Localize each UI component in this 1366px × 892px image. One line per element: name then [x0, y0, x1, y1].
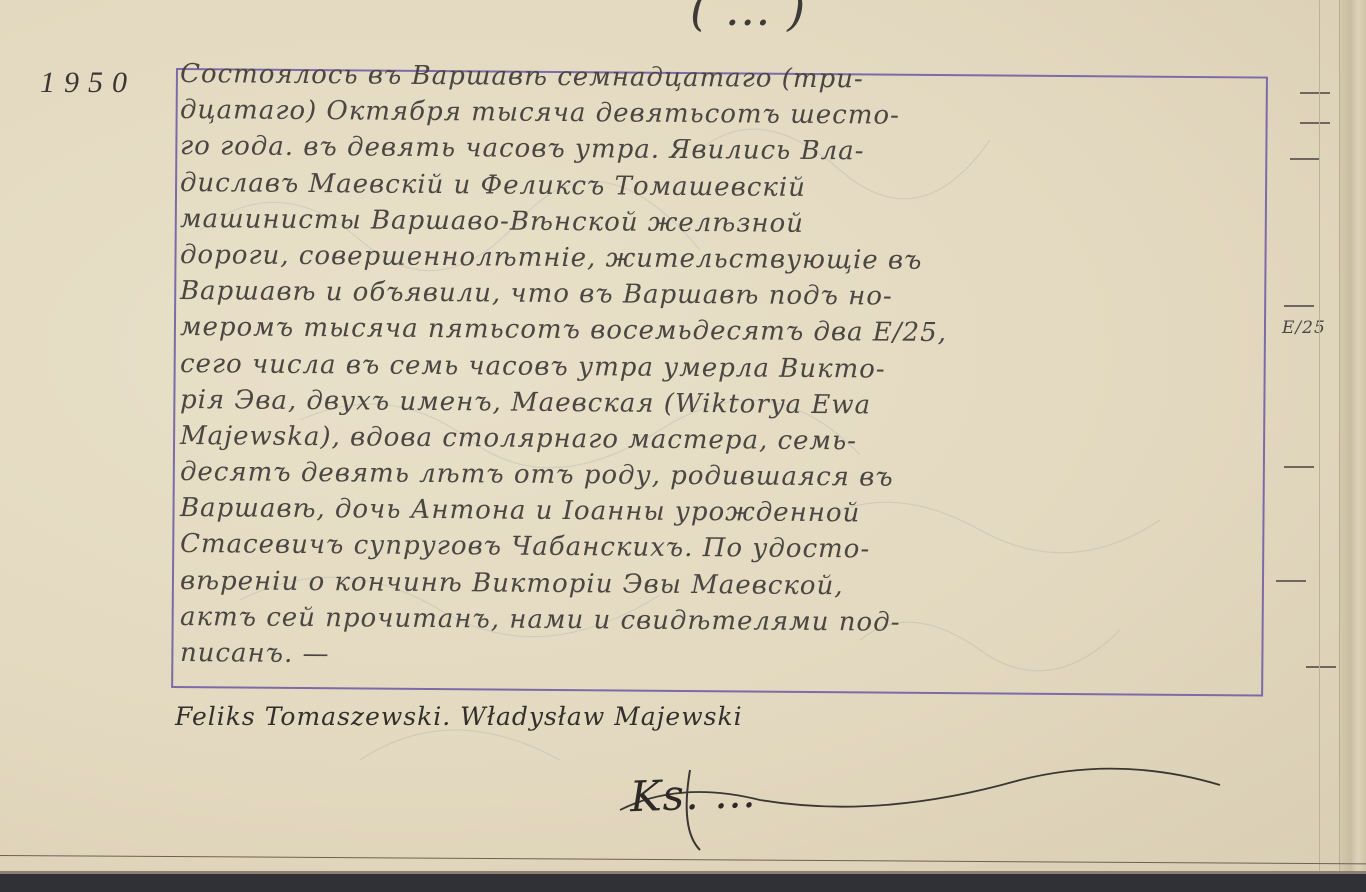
witness-signatures: Feliks Tomaszewski. Władysław Majewski [175, 702, 743, 731]
margin-dash [1276, 580, 1306, 582]
page-fold-line [1319, 0, 1320, 874]
page-edge [0, 855, 1366, 864]
margin-dash [1300, 92, 1330, 94]
document-page: ( … ) 1950 Состоялось въ Варшавѣ семнадц… [0, 0, 1366, 874]
book-spine-fold [1339, 0, 1366, 874]
margin-dash [1306, 666, 1336, 668]
margin-dash [1300, 122, 1330, 124]
scan-background [0, 874, 1366, 892]
official-signature: Ks. … [629, 768, 757, 821]
margin-dash [1284, 466, 1314, 468]
record-body: Состоялось въ Варшавѣ семнадцатаго (три-… [180, 56, 1320, 671]
header-scrawl: ( … ) [690, 0, 806, 36]
margin-dash [1290, 158, 1320, 160]
record-number: 1950 [40, 66, 136, 100]
margin-dash [1284, 305, 1314, 307]
